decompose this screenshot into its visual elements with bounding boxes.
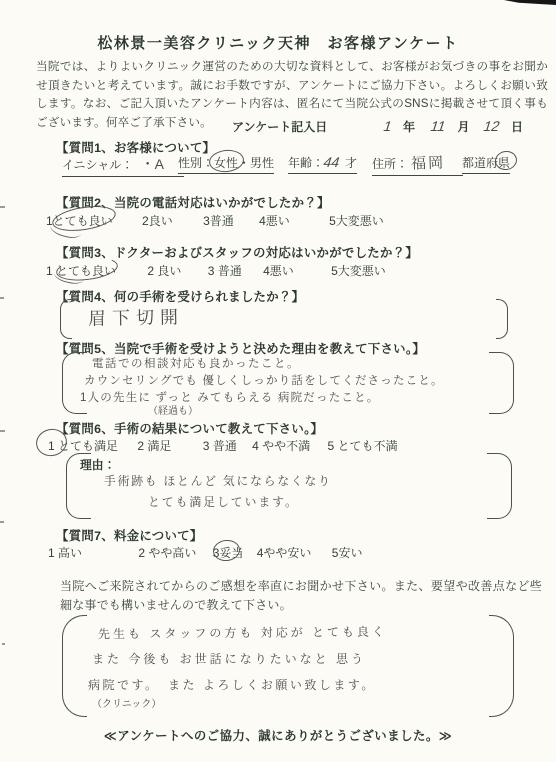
scan-artifact-tick: [0, 297, 4, 299]
q1-age-value: 44: [321, 154, 342, 170]
comment-annotation: （クリニック）: [92, 695, 161, 710]
q3-option-3: 3 普通: [208, 262, 242, 279]
q1-address-field: 住所： 福岡: [372, 152, 463, 176]
q6-heading: 【質問6、手術の結果について教えて下さい。】: [56, 419, 323, 437]
q5-answer-line-3: 1人の先生に ずっと みてもらえる 病院だったこと。: [80, 389, 380, 405]
date-row: アンケート記入日 1 年 11 月 12 日: [232, 118, 523, 136]
date-year-unit: 年: [403, 120, 415, 134]
q1-address-value: 福岡: [411, 151, 446, 173]
scan-artifact-tick: [0, 430, 5, 432]
q2-option-3: 3普通: [203, 212, 234, 229]
q6-reason-line-1: 手術跡も ほとんど 気にならなくなり: [104, 472, 332, 489]
scan-artifact-tick: [2, 643, 5, 645]
q6-option-3: 3 普通: [203, 437, 237, 454]
q7-option-4: 4やや安い: [257, 544, 312, 561]
comment-line-3: 病院です。 また よろしくお願い致します。: [88, 676, 376, 693]
comment-prompt: 当院へご来院されてからのご感想を率直にお聞かせ下さい。また、要望や改善点など些細…: [60, 577, 542, 615]
date-month-unit: 月: [457, 120, 469, 134]
comment-line-1: 先生も スタッフの方も 対応が とても良く: [98, 623, 387, 643]
q7-options-row: 1 高い 2 やや高い 3妥当 4やや安い 5安い: [48, 544, 362, 561]
q7-heading: 【質問7、料金について】: [56, 526, 203, 544]
q1-gender-field: 性別：女性・男性: [178, 154, 274, 174]
q1-prefecture-suffix: 都道府県: [462, 154, 510, 174]
q3-option-2: 2 良い: [147, 262, 181, 279]
q3-option-4: 4悪い: [263, 262, 294, 279]
q6-option-5: 5 とても不満: [327, 437, 397, 454]
q1-address-label: 住所：: [372, 157, 408, 171]
q7-option-5: 5安い: [332, 544, 363, 561]
date-day-value: 12: [481, 118, 502, 134]
q6-reason-label: 理由：: [80, 456, 115, 473]
scan-artifact-corner: [504, 0, 556, 5]
q7-option-2: 2 やや高い: [138, 544, 196, 561]
footer-thanks: ≪アンケートへのご協力、誠にありがとうございました。≫: [0, 726, 556, 744]
q6-reason-line-2: とても満足しています。: [148, 493, 299, 510]
q6-option-4: 4 やや不満: [252, 437, 310, 454]
q5-answer-annotation: （経過も）: [148, 402, 198, 417]
q1-age-field: 年齢：44 才: [288, 154, 357, 174]
q2-option-2: 2良い: [142, 212, 173, 229]
scan-artifact-tick: [0, 521, 4, 523]
q1-age-label: 年齢：: [288, 156, 324, 170]
q2-option-5: 5大変悪い: [329, 212, 384, 229]
q7-option-1: 1 高い: [48, 544, 82, 561]
q1-age-unit: 才: [345, 156, 357, 170]
q5-answer-line-2: カウンセリングでも 優しくしっかり話をしてくださったこと。: [84, 372, 444, 388]
date-label: アンケート記入日: [232, 120, 327, 134]
page-title: 松林景一美容クリニック天神 お客様アンケート: [0, 32, 556, 53]
q3-option-5: 5大変悪い: [331, 262, 386, 279]
q5-answer-line-1: 電話での相談対応も良かったこと。: [92, 355, 300, 371]
date-year-value: 1: [381, 118, 394, 134]
q1-initial-label: イニシャル：: [62, 158, 133, 172]
q2-option-4: 4悪い: [259, 212, 290, 229]
q4-answer: 眉下切開: [88, 303, 184, 331]
date-day-unit: 日: [511, 120, 523, 134]
q6-options-row: 1 とても満足 2 満足 3 普通 4 やや不満 5 とても不満: [48, 437, 397, 454]
q1-initial-field: イニシャル： ・A: [62, 154, 184, 177]
comment-line-2: また 今後も お世話になりたいなと 思う: [92, 650, 366, 667]
survey-page: 松林景一美容クリニック天神 お客様アンケート 当院では、よりよいクリニック運営の…: [0, 0, 556, 762]
q6-option-2: 2 満足: [137, 437, 171, 454]
date-month-value: 11: [429, 118, 449, 134]
q1-initial-value: ・A: [141, 156, 164, 172]
scan-artifact-tick: [0, 206, 5, 208]
